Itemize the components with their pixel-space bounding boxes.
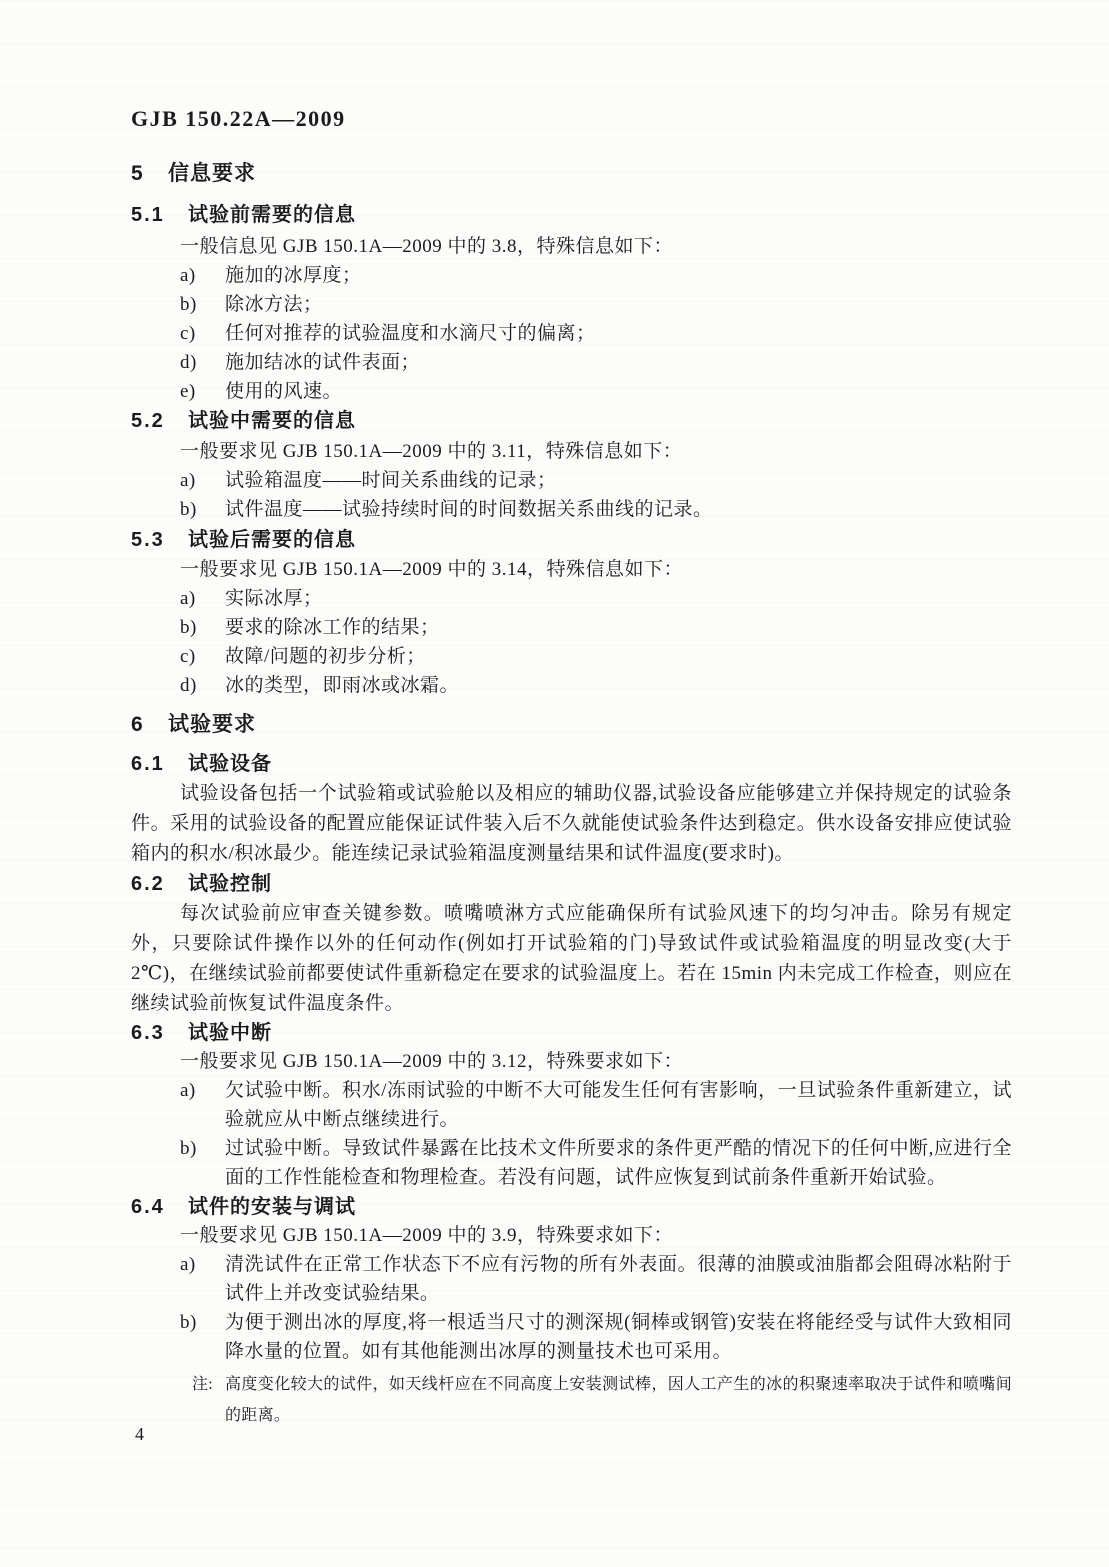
paragraph: 一般要求见 GJB 150.1A—2009 中的 3.11，特殊信息如下：	[131, 437, 1012, 466]
document-content: GJB 150.22A—2009 5信息要求 5.1试验前需要的信息 一般信息见…	[131, 0, 1012, 1431]
list-item-label: a)	[180, 261, 225, 290]
list-item-text: 使用的风速。	[225, 377, 1012, 406]
list-item-text: 为便于测出冰的厚度,将一根适当尺寸的测深规(铜棒或钢管)安装在将能经受与试件大致…	[225, 1308, 1012, 1366]
section-6-3-heading: 6.3试验中断	[131, 1019, 1012, 1047]
section-title: 试件的安装与调试	[188, 1196, 356, 1218]
paragraph: 一般要求见 GJB 150.1A—2009 中的 3.9，特殊要求如下：	[131, 1221, 1012, 1250]
list-item-label: a)	[180, 466, 225, 495]
section-5-1-heading: 5.1试验前需要的信息	[131, 201, 1012, 229]
list-item: d) 冰的类型，即雨冰或冰霜。	[131, 671, 1012, 700]
list-item-text: 欠试验中断。积水/冻雨试验的中断不大可能发生任何有害影响，一旦试验条件重新建立，…	[225, 1076, 1012, 1134]
list-item: b) 要求的除冰工作的结果；	[131, 613, 1012, 642]
list-item-text: 冰的类型，即雨冰或冰霜。	[225, 671, 1012, 700]
section-number: 5	[131, 160, 168, 188]
section-number: 6.2	[131, 870, 188, 898]
section-6-heading: 6试验要求	[131, 711, 1012, 739]
section-number: 5.1	[131, 201, 188, 229]
list-item-text: 清洗试件在正常工作状态下不应有污物的所有外表面。很薄的油膜或油脂都会阻碍冰粘附于…	[225, 1250, 1012, 1308]
section-5-2-heading: 5.2试验中需要的信息	[131, 407, 1012, 435]
note: 注: 高度变化较大的试件，如天线杆应在不同高度上安装测试棒，因人工产生的冰的积聚…	[131, 1369, 1012, 1431]
section-title: 试验中需要的信息	[188, 410, 356, 432]
section-title: 试验中断	[188, 1022, 272, 1044]
list-item-text: 施加的冰厚度；	[225, 261, 1012, 290]
section-5-heading: 5信息要求	[131, 160, 1012, 188]
section-6-1-heading: 6.1试验设备	[131, 750, 1012, 778]
doc-number: GJB 150.22A—2009	[131, 104, 1012, 134]
list-item-text: 试验箱温度——时间关系曲线的记录；	[225, 466, 1012, 495]
section-6-4-heading: 6.4试件的安装与调试	[131, 1193, 1012, 1221]
list-item: a) 实际冰厚；	[131, 584, 1012, 613]
list-item-label: a)	[180, 584, 225, 613]
list-item: a) 施加的冰厚度；	[131, 261, 1012, 290]
list-item-text: 故障/问题的初步分析；	[225, 642, 1012, 671]
list-item: a) 试验箱温度——时间关系曲线的记录；	[131, 466, 1012, 495]
list-item: c) 任何对推荐的试验温度和水滴尺寸的偏离；	[131, 319, 1012, 348]
list-item-label: b)	[180, 1308, 225, 1366]
list-item: a) 清洗试件在正常工作状态下不应有污物的所有外表面。很薄的油膜或油脂都会阻碍冰…	[131, 1250, 1012, 1308]
paragraph: 一般要求见 GJB 150.1A—2009 中的 3.12，特殊要求如下：	[131, 1047, 1012, 1076]
paragraph: 试验设备包括一个试验箱或试验舱以及相应的辅助仪器,试验设备应能够建立并保持规定的…	[131, 779, 1012, 869]
list-item: d) 施加结冰的试件表面；	[131, 348, 1012, 377]
list-item-label: b)	[180, 1134, 225, 1192]
section-title: 试验设备	[188, 753, 272, 775]
list-item: b) 为便于测出冰的厚度,将一根适当尺寸的测深规(铜棒或钢管)安装在将能经受与试…	[131, 1308, 1012, 1366]
paragraph: 一般信息见 GJB 150.1A—2009 中的 3.8，特殊信息如下：	[131, 232, 1012, 261]
list-item-label: d)	[180, 671, 225, 700]
document-page: GJB 150.22A—2009 5信息要求 5.1试验前需要的信息 一般信息见…	[0, 0, 1109, 1567]
list-item: a) 欠试验中断。积水/冻雨试验的中断不大可能发生任何有害影响，一旦试验条件重新…	[131, 1076, 1012, 1134]
list-item-text: 任何对推荐的试验温度和水滴尺寸的偏离；	[225, 319, 1012, 348]
list-item-text: 施加结冰的试件表面；	[225, 348, 1012, 377]
section-number: 6.1	[131, 750, 188, 778]
list-item: c) 故障/问题的初步分析；	[131, 642, 1012, 671]
list-item-label: b)	[180, 495, 225, 524]
section-number: 5.2	[131, 407, 188, 435]
list-item-text: 试件温度——试验持续时间的时间数据关系曲线的记录。	[225, 495, 1012, 524]
list-item-label: a)	[180, 1250, 225, 1308]
section-number: 6.4	[131, 1193, 188, 1221]
section-title: 试验前需要的信息	[188, 204, 356, 226]
list-item-label: d)	[180, 348, 225, 377]
section-number: 6	[131, 711, 168, 739]
list-item: b) 除冰方法；	[131, 290, 1012, 319]
section-title: 试验后需要的信息	[188, 529, 356, 551]
paragraph: 一般要求见 GJB 150.1A—2009 中的 3.14，特殊信息如下：	[131, 555, 1012, 584]
list-item-label: a)	[180, 1076, 225, 1134]
list-item-label: e)	[180, 377, 225, 406]
note-label: 注:	[192, 1369, 225, 1431]
page-number: 4	[135, 1424, 144, 1445]
list-item: b) 过试验中断。导致试件暴露在比技术文件所要求的条件更严酷的情况下的任何中断,…	[131, 1134, 1012, 1192]
list-item-label: c)	[180, 319, 225, 348]
section-6-2-heading: 6.2试验控制	[131, 870, 1012, 898]
section-5-3-heading: 5.3试验后需要的信息	[131, 526, 1012, 554]
list-item-label: b)	[180, 613, 225, 642]
section-title: 试验要求	[168, 713, 256, 736]
section-title: 信息要求	[168, 162, 256, 185]
list-item-text: 实际冰厚；	[225, 584, 1012, 613]
list-item-label: c)	[180, 642, 225, 671]
list-item: e) 使用的风速。	[131, 377, 1012, 406]
section-title: 试验控制	[188, 873, 272, 895]
list-item: b) 试件温度——试验持续时间的时间数据关系曲线的记录。	[131, 495, 1012, 524]
section-number: 6.3	[131, 1019, 188, 1047]
list-item-text: 过试验中断。导致试件暴露在比技术文件所要求的条件更严酷的情况下的任何中断,应进行…	[225, 1134, 1012, 1192]
section-number: 5.3	[131, 526, 188, 554]
list-item-text: 除冰方法；	[225, 290, 1012, 319]
paragraph: 每次试验前应审查关键参数。喷嘴喷淋方式应能确保所有试验风速下的均匀冲击。除另有规…	[131, 899, 1012, 1019]
note-text: 高度变化较大的试件，如天线杆应在不同高度上安装测试棒，因人工产生的冰的积聚速率取…	[225, 1369, 1012, 1431]
list-item-text: 要求的除冰工作的结果；	[225, 613, 1012, 642]
list-item-label: b)	[180, 290, 225, 319]
